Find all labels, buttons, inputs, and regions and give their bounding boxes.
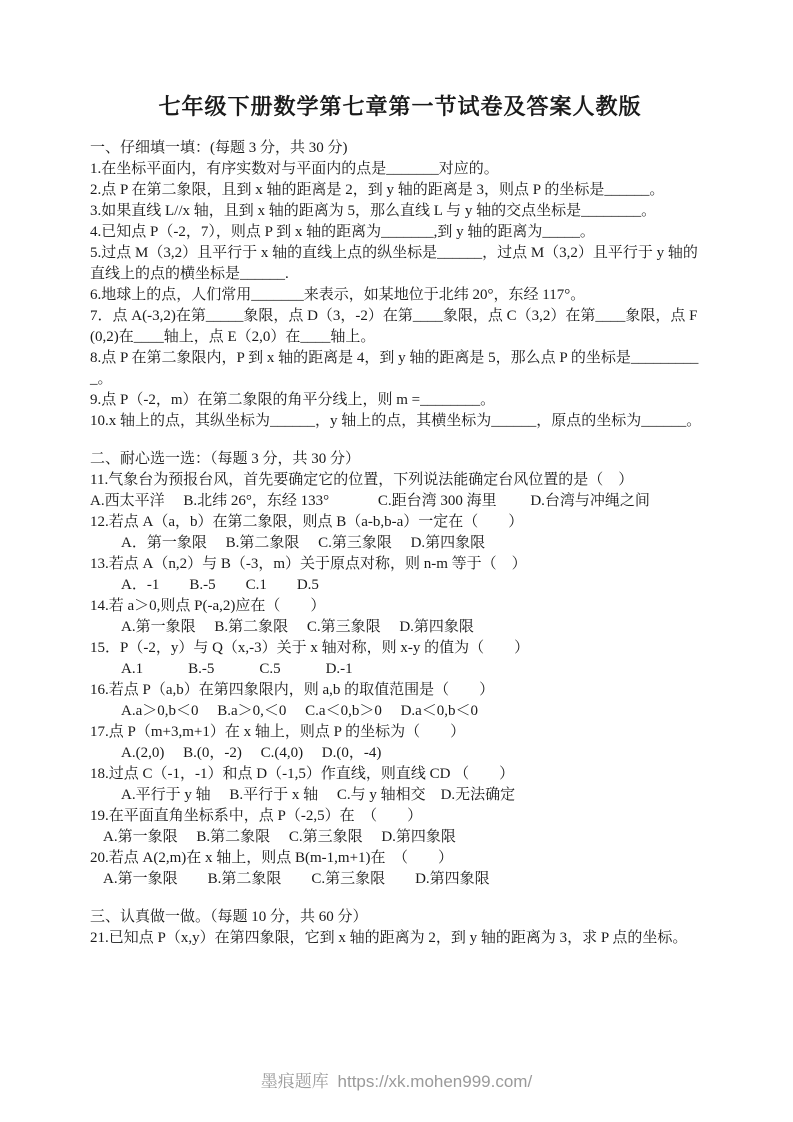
question-16-options: A.a＞0,b＜0 B.a＞0,＜0 C.a＜0,b＞0 D.a＜0,b＜0 xyxy=(90,701,710,722)
section-fill-in-blanks: 一、仔细填一填：(每题 3 分，共 30 分) 1.在坐标平面内，有序实数对与平… xyxy=(90,138,710,432)
question-12: 12.若点 A（a，b）在第二象限，则点 B（a-b,b-a）一定在（ ） xyxy=(90,512,710,533)
question-8: 8.点 P 在第二象限内，P 到 x 轴的距离是 4，到 y 轴的距离是 5，那… xyxy=(90,348,710,390)
question-18-options: A.平行于 y 轴 B.平行于 x 轴 C.与 y 轴相交 D.无法确定 xyxy=(90,785,710,806)
question-20: 20.若点 A(2,m)在 x 轴上，则点 B(m-1,m+1)在 （ ） xyxy=(90,848,710,869)
question-2: 2.点 P 在第二象限，且到 x 轴的距离是 2，到 y 轴的距离是 3，则点 … xyxy=(90,180,710,201)
footer-url: https://xk.mohen999.com/ xyxy=(338,1072,533,1091)
section-solve-problems: 三、认真做一做。（每题 10 分，共 60 分） 21.已知点 P（x,y）在第… xyxy=(90,907,710,949)
section1-heading: 一、仔细填一填：(每题 3 分，共 30 分) xyxy=(90,138,710,159)
question-10: 10.x 轴上的点，其纵坐标为______，y 轴上的点，其横坐标为______… xyxy=(90,411,710,432)
question-19-options: A.第一象限 B.第二象限 C.第三象限 D.第四象限 xyxy=(90,827,710,848)
question-17-options: A.(2,0) B.(0，-2) C.(4,0) D.(0，-4) xyxy=(90,743,710,764)
question-6: 6.地球上的点，人们常用_______来表示，如某地位于北纬 20°，东经 11… xyxy=(90,285,710,306)
question-21: 21.已知点 P（x,y）在第四象限，它到 x 轴的距离为 2，到 y 轴的距离… xyxy=(90,928,710,949)
section3-heading: 三、认真做一做。（每题 10 分，共 60 分） xyxy=(90,907,710,928)
question-1: 1.在坐标平面内，有序实数对与平面内的点是_______对应的。 xyxy=(90,159,710,180)
question-14: 14.若 a＞0,则点 P(-a,2)应在（ ） xyxy=(90,596,710,617)
question-19: 19.在平面直角坐标系中，点 P（-2,5）在 （ ） xyxy=(90,806,710,827)
question-18: 18.过点 C（-1，-1）和点 D（-1,5）作直线，则直线 CD （ ） xyxy=(90,764,710,785)
question-5: 5.过点 M（3,2）且平行于 x 轴的直线上点的纵坐标是______，过点 M… xyxy=(90,243,710,285)
footer-site-name: 墨痕题库 xyxy=(261,1072,329,1091)
question-15: 15．P（-2，y）与 Q（x,-3）关于 x 轴对称，则 x-y 的值为（ ） xyxy=(90,638,710,659)
question-11-options: A.西太平洋 B.北纬 26°，东经 133° C.距台湾 300 海里 D.台… xyxy=(90,491,710,512)
test-paper-page: 七年级下册数学第七章第一节试卷及答案人教版 一、仔细填一填：(每题 3 分，共 … xyxy=(0,0,793,1122)
question-11: 11.气象台为预报台风，首先要确定它的位置，下列说法能确定台风位置的是（ ） xyxy=(90,470,710,491)
section-multiple-choice: 二、耐心选一选：（每题 3 分，共 30 分） 11.气象台为预报台风，首先要确… xyxy=(90,449,710,890)
question-13-options: A．-1 B.-5 C.1 D.5 xyxy=(90,575,710,596)
question-4: 4.已知点 P（-2，7），则点 P 到 x 轴的距离为_______,到 y … xyxy=(90,222,710,243)
question-7: 7．点 A(-3,2)在第_____象限，点 D（3，-2）在第____象限，点… xyxy=(90,306,710,348)
question-15-options: A.1 B.-5 C.5 D.-1 xyxy=(90,659,710,680)
question-9: 9.点 P（-2，m）在第二象限的角平分线上，则 m =________。 xyxy=(90,390,710,411)
footer-watermark: 墨痕题库 https://xk.mohen999.com/ xyxy=(0,1067,793,1092)
question-13: 13.若点 A（n,2）与 B（-3，m）关于原点对称，则 n-m 等于（ ） xyxy=(90,554,710,575)
question-3: 3.如果直线 L//x 轴，且到 x 轴的距离为 5，那么直线 L 与 y 轴的… xyxy=(90,201,710,222)
question-12-options: A．第一象限 B.第二象限 C.第三象限 D.第四象限 xyxy=(90,533,710,554)
question-20-options: A.第一象限 B.第二象限 C.第三象限 D.第四象限 xyxy=(90,869,710,890)
section2-heading: 二、耐心选一选：（每题 3 分，共 30 分） xyxy=(90,449,710,470)
question-14-options: A.第一象限 B.第二象限 C.第三象限 D.第四象限 xyxy=(90,617,710,638)
question-16: 16.若点 P（a,b）在第四象限内，则 a,b 的取值范围是（ ） xyxy=(90,680,710,701)
page-title: 七年级下册数学第七章第一节试卷及答案人教版 xyxy=(90,90,710,121)
question-17: 17.点 P（m+3,m+1）在 x 轴上，则点 P 的坐标为（ ） xyxy=(90,722,710,743)
